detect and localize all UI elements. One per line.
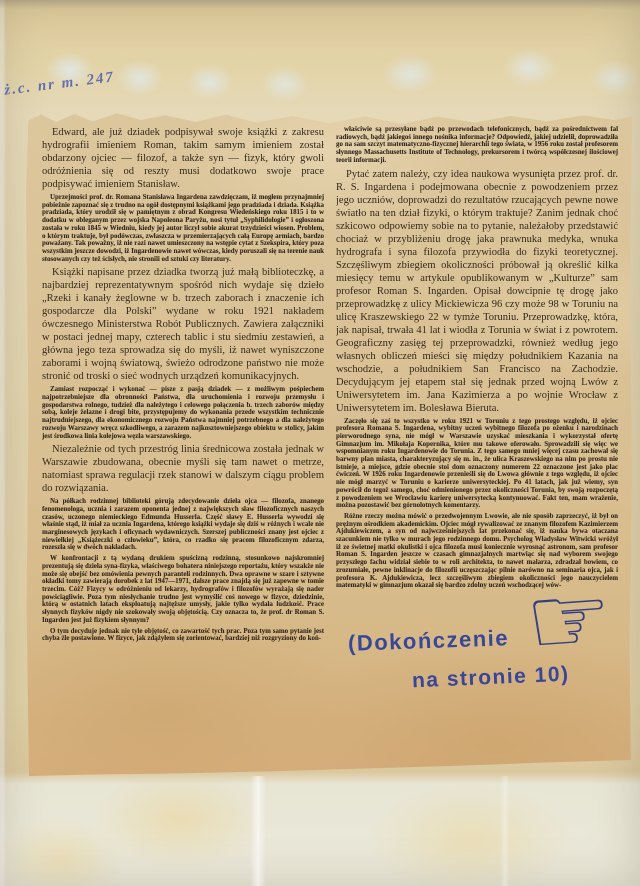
scanned-album-page: ż.c. nr m. 247 Edward, ale już dziadek p…	[0, 0, 640, 886]
article-paragraph: O tym decyduje jednak nie tyle objętość,…	[42, 628, 324, 643]
article-paragraph: Edward, ale już dziadek podpisywał swoje…	[42, 126, 324, 191]
handwritten-archive-note: ż.c. nr m. 247	[3, 69, 116, 99]
article-column-left: Edward, ale już dziadek podpisywał swoje…	[42, 126, 324, 682]
pointing-hand-icon: ☞	[523, 569, 616, 671]
article-paragraph: Zaczęło się zaś to wszystko w roku 1921 …	[336, 418, 618, 510]
page-seam	[500, 776, 510, 886]
article-paragraph: W konfrontacji z tą wydaną drukiem spuśc…	[42, 555, 324, 624]
page-seam	[250, 776, 266, 886]
article-paragraph: Pytać zatem należy, czy idea naukowa wys…	[336, 168, 618, 415]
article-paragraph: Uprzejmości prof. dr. Romana Stanisława …	[42, 194, 324, 263]
article-paragraph: Książki napisane przez dziadka tworzą ju…	[42, 266, 324, 383]
article-paragraph: Na półkach rodzinnej biblioteki górują z…	[42, 498, 324, 552]
article-column-right: właściwie są przesyłane bądź po przewoda…	[336, 126, 618, 626]
article-paragraph: właściwie są przesyłane bądź po przewoda…	[336, 126, 618, 165]
newspaper-clipping: Edward, ale już dziadek podpisywał swoje…	[26, 110, 632, 776]
article-paragraph: Niezależnie od tych przestróg linia śred…	[42, 443, 324, 495]
article-paragraph: Zamiast rozpocząć i wykonać — pisze z pa…	[42, 386, 324, 440]
